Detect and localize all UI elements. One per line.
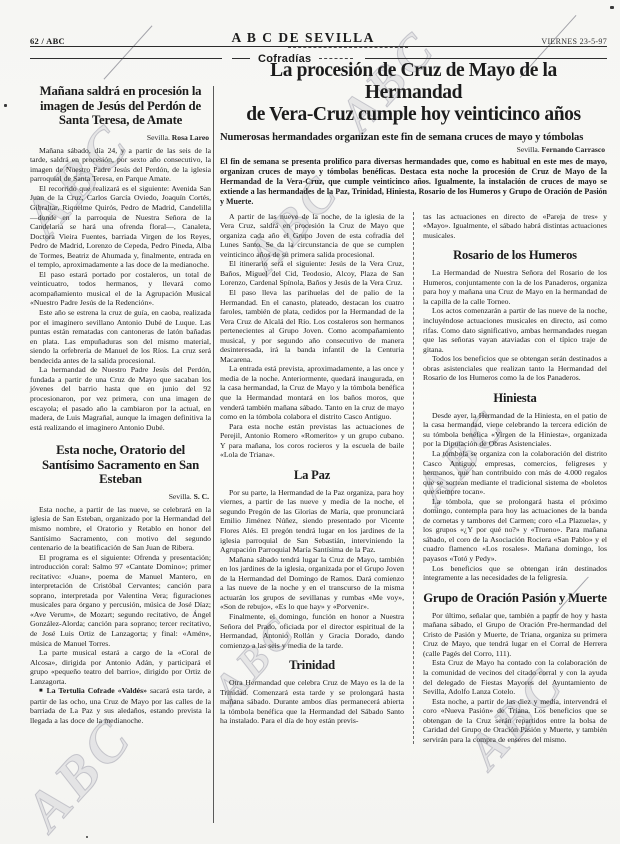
- section-heading-rosario: Rosario de los Humeros: [423, 248, 607, 263]
- article-title: Mañana saldrá en procesión la imagen de …: [30, 84, 211, 128]
- paragraph: Todos los beneficios que se obtengan ser…: [423, 354, 607, 383]
- paragraph: A partir de las nueve de la noche, de la…: [220, 212, 404, 260]
- rule: [365, 58, 607, 59]
- paragraph: Finalmente, el domingo, función en honor…: [220, 612, 404, 650]
- brief-item: ■ La Tertulia Cofrade «Valdés» sacará es…: [30, 686, 211, 725]
- paragraph: Mañana sábado tendrá lugar la Cruz de Ma…: [220, 555, 404, 612]
- scan-speck: [610, 6, 614, 9]
- issue-date: VIERNES 23-5-97: [541, 37, 607, 46]
- left-column: Mañana saldrá en procesión la imagen de …: [30, 84, 211, 725]
- lead-paragraph: El fin de semana se presenta prolífico p…: [220, 157, 607, 207]
- main-headline: La procesión de Cruz de Mayo de la Herma…: [220, 60, 607, 126]
- scan-speck: [86, 836, 88, 838]
- byline: Sevilla. Fernando Carrasco: [220, 145, 605, 154]
- headline-line1: La procesión de Cruz de Mayo de la Herma…: [270, 60, 557, 103]
- section-heading-hiniesta: Hiniesta: [423, 391, 607, 406]
- paragraph: Los actos comenzarán a partir de las nue…: [423, 306, 607, 354]
- byline-city: Sevilla.: [517, 145, 540, 154]
- newspaper-title: A B C DE SEVILLA: [232, 30, 375, 46]
- square-bullet-icon: ■: [39, 688, 44, 694]
- byline: Sevilla. Rosa Lareo: [30, 133, 209, 142]
- article-title: Esta noche, Oratorio del Santísimo Sacra…: [30, 443, 211, 487]
- paragraph: Para esta noche están previstas las actu…: [220, 422, 404, 460]
- column-divider: [213, 86, 214, 823]
- section-heading-grupo-oracion: Grupo de Oración Pasión y Muerte: [423, 591, 607, 606]
- paragraph: La entrada está prevista, aproximadament…: [220, 364, 404, 421]
- brief-lead: La Tertulia Cofrade «Valdés»: [47, 686, 147, 695]
- page-number: 62 / ABC: [30, 36, 65, 46]
- paragraph: tas las actuaciones en directo de «Parej…: [423, 212, 607, 241]
- main-article: La procesión de Cruz de Mayo de la Herma…: [220, 60, 607, 744]
- masthead: 62 / ABC A B C DE SEVILLA VIERNES 23-5-9…: [30, 28, 607, 47]
- byline-author: Fernando Carrasco: [542, 145, 605, 154]
- paragraph: La Hermandad de Nuestra Señora del Rosar…: [423, 268, 607, 306]
- paragraph: Esta noche, a partir de las nueve, se ce…: [30, 505, 211, 553]
- main-column-2: tas las actuaciones en directo de «Parej…: [413, 212, 607, 745]
- byline-author: Rosa Lareo: [172, 133, 209, 142]
- scan-speck: [4, 104, 7, 107]
- paragraph: Otra Hermandad que celebra Cruz de Mayo …: [220, 678, 404, 726]
- dashed-rule: [319, 58, 353, 59]
- paragraph: Por su parte, la Hermandad de la Paz org…: [220, 488, 404, 555]
- byline: Sevilla. S. C.: [30, 492, 209, 501]
- newspaper-page: ABC ABC ABC ABC ABC ABC ABC 62 / ABC A B…: [0, 0, 620, 844]
- paragraph: La parte musical estará a cargo de la «C…: [30, 648, 211, 686]
- paragraph: Mañana sábado, día 24, y a partir de las…: [30, 146, 211, 184]
- paragraph: Este año se estrena la cruz de guía, en …: [30, 308, 211, 365]
- paragraph: El paso estará portado por costaleros, u…: [30, 270, 211, 308]
- paragraph: El recorrido que realizará es el siguien…: [30, 184, 211, 270]
- article-body: Esta noche, a partir de las nueve, se ce…: [30, 505, 211, 726]
- paragraph: El paso lleva las parihuelas del de pali…: [220, 288, 404, 364]
- paragraph: La tómbola se organiza con la colaboraci…: [423, 449, 607, 497]
- byline-city: Sevilla.: [169, 492, 192, 501]
- rule: [232, 58, 250, 59]
- article-body: Mañana sábado, día 24, y a partir de las…: [30, 146, 211, 432]
- byline-author: S. C.: [194, 492, 209, 501]
- section-heading-la-paz: La Paz: [220, 468, 404, 483]
- main-columns: A partir de las nueve de la noche, de la…: [220, 212, 607, 745]
- paragraph: El programa es el siguiente: Ofrenda y p…: [30, 553, 211, 648]
- paragraph: Esta noche, a partir de las diez y media…: [423, 697, 607, 745]
- paragraph: Desde ayer, la Hermandad de la Hiniesta,…: [423, 411, 607, 449]
- abc-watermark: ABC: [13, 705, 146, 842]
- paragraph: El itinerario será el siguiente: Jesús d…: [220, 259, 404, 288]
- paragraph: La hermandad de Nuestro Padre Jesús del …: [30, 365, 211, 432]
- subhead: Numerosas hermandades organizan este fin…: [220, 132, 607, 143]
- main-column-1: A partir de las nueve de la noche, de la…: [220, 212, 413, 745]
- paragraph: La tómbola, que se prolongará hasta el p…: [423, 497, 607, 564]
- paragraph: Por último, señalar que, también a parti…: [423, 611, 607, 659]
- paragraph: Los beneficios que se obtengan irán dest…: [423, 564, 607, 583]
- byline-city: Sevilla.: [147, 133, 170, 142]
- rule: [30, 58, 222, 59]
- masthead-dashed-rule: [288, 47, 408, 48]
- headline-line2: de Vera-Cruz cumple hoy veinticinco años: [246, 104, 580, 125]
- section-heading-trinidad: Trinidad: [220, 658, 404, 673]
- paragraph: Esta Cruz de Mayo ha contado con la cola…: [423, 658, 607, 696]
